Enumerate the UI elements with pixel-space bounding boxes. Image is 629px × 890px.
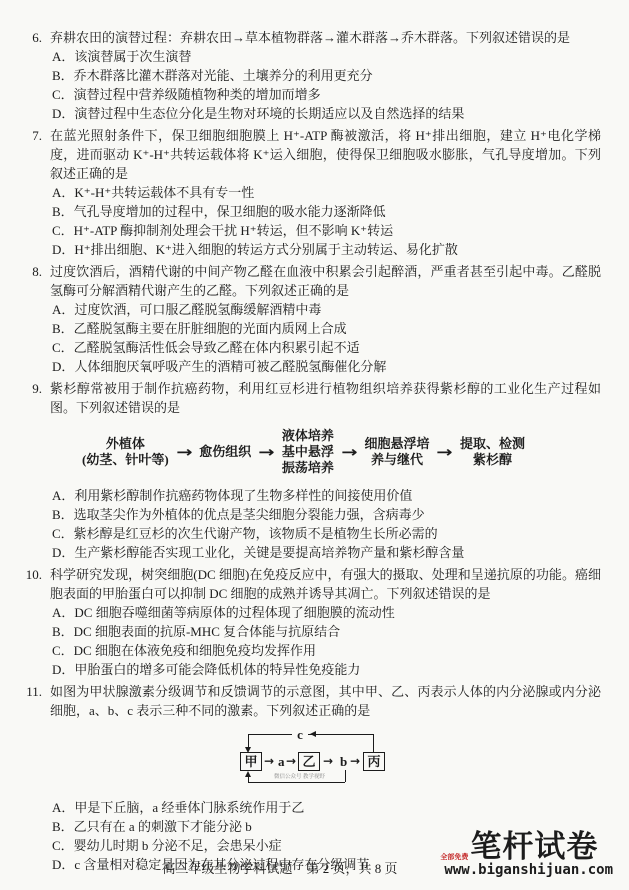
option-c: C．乙醛脱氢酶活性低会导致乙醛在体内积累引起不适 <box>50 338 601 357</box>
option-b: B．选取茎尖作为外植体的优点是茎尖细胞分裂能力强，含病毒少 <box>50 505 601 524</box>
option-a: A．DC 细胞吞噬细菌等病原体的过程体现了细胞膜的流动性 <box>50 603 601 622</box>
question-stem: 弃耕农田的演替过程：弃耕农田→草本植物群落→灌木群落→乔木群落。下列叙述错误的是 <box>50 28 601 47</box>
option-c: C．紫杉醇是红豆杉的次生代谢产物，该物质不是植物生长所必需的 <box>50 524 601 543</box>
site-watermark: 全部免费 笔杆试卷 www.biganshijuan.com <box>444 832 613 878</box>
watermark-free-label: 全部免费 <box>440 853 468 861</box>
arrow-icon: → <box>264 753 274 770</box>
option-a: A．利用紫杉醇制作抗癌药物体现了生物多样性的间接使用价值 <box>50 486 601 505</box>
option-c: C．H⁺-ATP 酶抑制剂处理会干扰 H⁺转运，但不影响 K⁺转运 <box>50 221 601 240</box>
feedback-line-b-right <box>345 770 346 782</box>
flow-node-extract: 提取、检测 紫杉醇 <box>460 436 525 468</box>
question-6: 6. 弃耕农田的演替过程：弃耕农田→草本植物群落→灌木群落→乔木群落。下列叙述错… <box>16 28 601 123</box>
feedback-line-b <box>248 782 345 783</box>
question-stem: 在蓝光照射条件下，保卫细胞细胞膜上 H⁺-ATP 酶被激活，将 H⁺排出细胞，建… <box>50 126 601 183</box>
option-b: B．DC 细胞表面的抗原-MHC 复合体能与抗原结合 <box>50 622 601 641</box>
arrow-icon: → <box>286 753 296 770</box>
flow-arrow-icon: → <box>176 443 192 462</box>
page-body: 6. 弃耕农田的演替过程：弃耕农田→草本植物群落→灌木群落→乔木群落。下列叙述错… <box>0 0 629 874</box>
arrowhead-left-icon <box>310 731 316 737</box>
question-number: 10. <box>16 565 42 679</box>
flow-node-callus: 愈伤组织 <box>199 444 251 460</box>
question-number: 7. <box>16 126 42 259</box>
question-stem: 如图为甲状腺激素分级调节和反馈调节的示意图，其中甲、乙、丙表示人体的内分泌腺或内… <box>50 682 601 720</box>
option-a: A．过度饮酒，可口服乙醛脱氢酶缓解酒精中毒 <box>50 300 601 319</box>
question-stem: 科学研究发现，树突细胞(DC 细胞)在免疫反应中，有强大的摄取、处理和呈递抗原的… <box>50 565 601 603</box>
option-a: A．该演替属于次生演替 <box>50 47 601 66</box>
option-c: C．DC 细胞在体液免疫和细胞免疫均发挥作用 <box>50 641 601 660</box>
question-number: 11. <box>16 682 42 874</box>
question-9: 9. 紫杉醇常被用于制作抗癌药物，利用红豆杉进行植物组织培养获得紫杉醇的工业化生… <box>16 379 601 562</box>
flow-node-suspension: 液体培养 基中悬浮 振荡培养 <box>282 428 334 476</box>
flow-arrow-icon: → <box>437 443 453 462</box>
hormone-c-label: c <box>292 728 308 741</box>
watermark-url: www.biganshijuan.com <box>444 862 613 878</box>
arrow-icon: → <box>323 753 333 770</box>
gland-box-jia: 甲 <box>240 752 262 771</box>
option-a: A．甲是下丘脑，a 经垂体门脉系统作用于乙 <box>50 798 601 817</box>
question-10: 10. 科学研究发现，树突细胞(DC 细胞)在免疫反应中，有强大的摄取、处理和呈… <box>16 565 601 679</box>
hormone-b-label: b <box>340 753 347 770</box>
option-b: B．乔木群落比灌木群落对光能、土壤养分的利用更充分 <box>50 66 601 85</box>
tissue-culture-flow-diagram: 外植体 (幼茎、针叶等) → 愈伤组织 → 液体培养 基中悬浮 振荡培养 → 细… <box>82 428 601 476</box>
footer-page-number: 第 2 页，共 8 页 <box>307 861 398 876</box>
option-d: D．H⁺排出细胞、K⁺进入细胞的转运方式分别属于主动转运、易化扩散 <box>50 240 601 259</box>
flow-arrow-icon: → <box>258 443 274 462</box>
option-d: D．人体细胞厌氧呼吸产生的酒精可被乙醛脱氢酶催化分解 <box>50 357 601 376</box>
footer-title: 高三年级生物学科试题 <box>162 861 292 876</box>
hormone-regulation-diagram: c 甲 → a → 乙 → b → 丙 微信公众号 教学视野 <box>238 728 398 792</box>
option-b: B．乙醛脱氢酶主要在肝脏细胞的光面内质网上合成 <box>50 319 601 338</box>
gland-box-bing: 丙 <box>363 752 385 771</box>
exam-paper-page: { "page": { "footer_title": "高三年级生物学科试题"… <box>0 0 629 890</box>
flow-arrow-icon: → <box>341 443 357 462</box>
question-7: 7. 在蓝光照射条件下，保卫细胞细胞膜上 H⁺-ATP 酶被激活，将 H⁺排出细… <box>16 126 601 259</box>
question-8: 8. 过度饮酒后，酒精代谢的中间产物乙醛在血液中积累会引起醉酒，严重者甚至引起中… <box>16 262 601 376</box>
option-c: C．演替过程中营养级随植物种类的增加而增多 <box>50 85 601 104</box>
flow-node-subculture: 细胞悬浮培 养与继代 <box>364 436 429 468</box>
question-stem: 紫杉醇常被用于制作抗癌药物，利用红豆杉进行植物组织培养获得紫杉醇的工业化生产过程… <box>50 379 601 417</box>
feedback-line-c-right <box>373 734 374 752</box>
watermark-brand: 笔杆试卷 <box>470 832 613 862</box>
option-d: D．生产紫杉醇能否实现工业化，关键是要提高培养物产量和紫杉醇含量 <box>50 543 601 562</box>
feedback-line-c-left <box>248 734 249 747</box>
question-number: 6. <box>16 28 42 123</box>
option-d: D．甲胎蛋白的增多可能会降低机体的特异性免疫能力 <box>50 660 601 679</box>
option-a: A．K⁺-H⁺共转运载体不具有专一性 <box>50 183 601 202</box>
question-number: 8. <box>16 262 42 376</box>
question-number: 9. <box>16 379 42 562</box>
question-stem: 过度饮酒后，酒精代谢的中间产物乙醛在血液中积累会引起醉酒，严重者甚至引起中毒。乙… <box>50 262 601 300</box>
option-b: B．气孔导度增加的过程中，保卫细胞的吸水能力逐渐降低 <box>50 202 601 221</box>
arrowhead-up-icon <box>245 771 251 777</box>
diagram-watermark: 微信公众号 教学视野 <box>274 774 325 781</box>
arrow-icon: → <box>350 753 360 770</box>
hormone-a-label: a <box>278 753 285 770</box>
gland-box-yi: 乙 <box>298 752 320 771</box>
flow-node-explant: 外植体 (幼茎、针叶等) <box>82 436 169 468</box>
option-d: D．演替过程中生态位分化是生物对环境的长期适应以及自然选择的结果 <box>50 104 601 123</box>
